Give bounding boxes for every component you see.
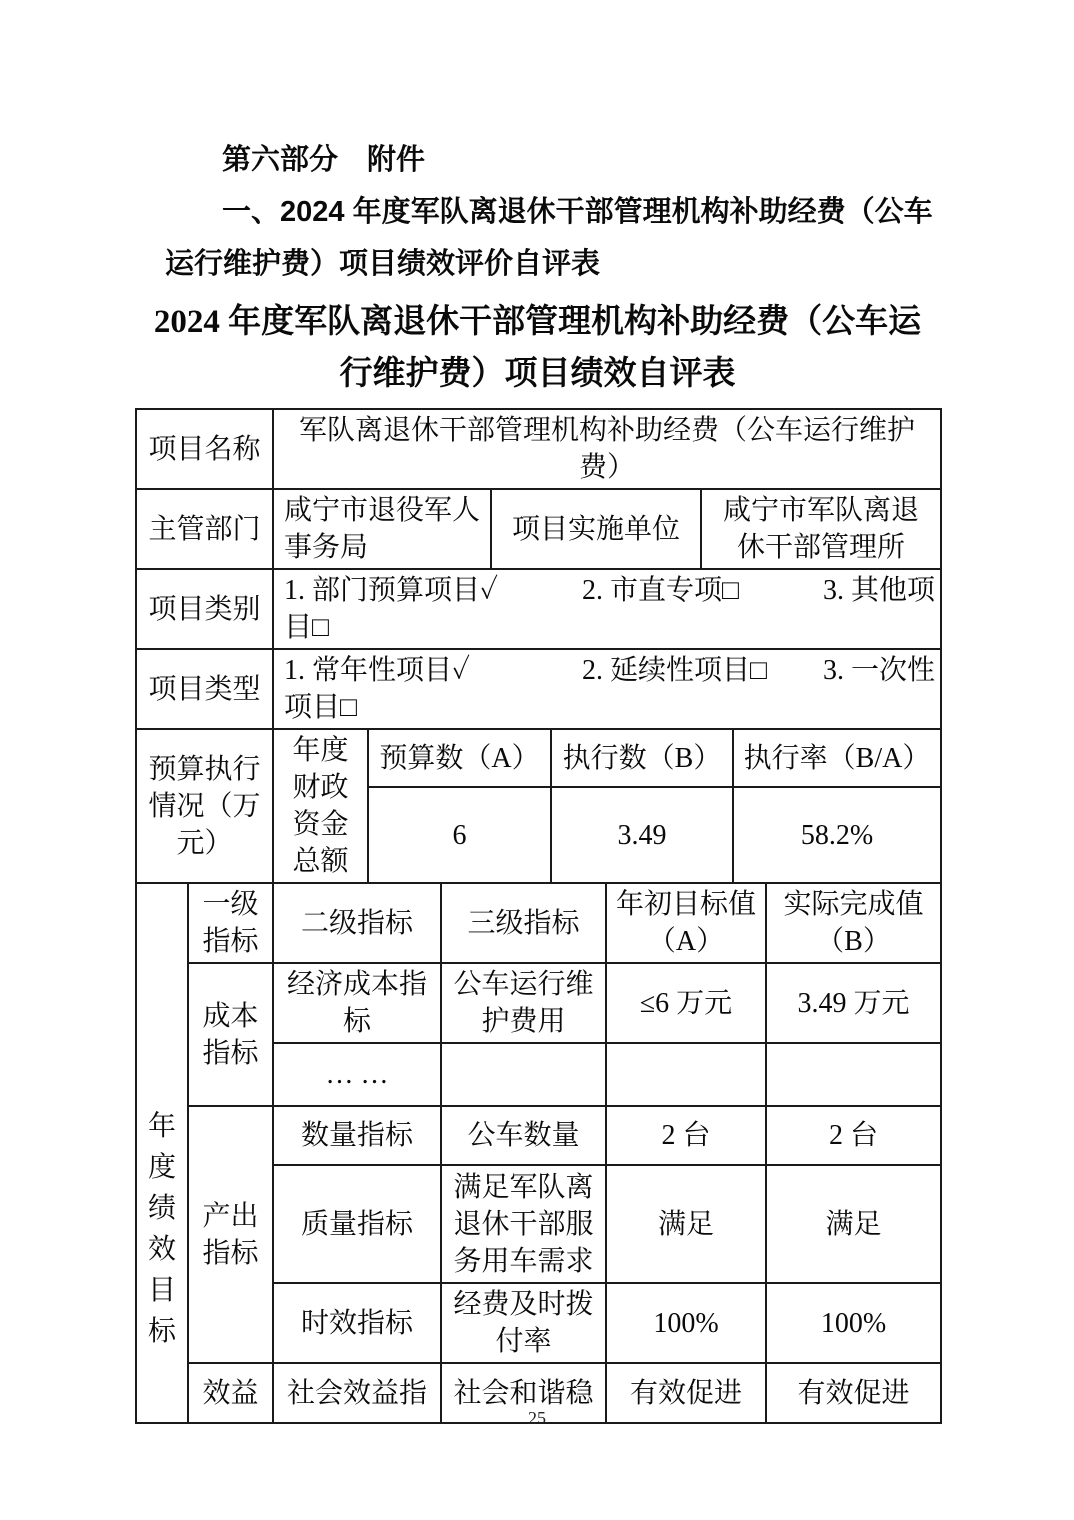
impl-unit-label: 项目实施单位 xyxy=(491,489,701,569)
dept-value: 咸宁市退役军人 事务局 xyxy=(273,489,491,569)
table-row: 项目名称 军队离退休干部管理机构补助经费（公车运行维护 费） xyxy=(136,409,941,489)
indicator-level3: 公车运行维 护费用 xyxy=(441,963,606,1043)
table-title-line2: 行维护费）项目绩效自评表 xyxy=(135,348,940,400)
table-row: 项目类型 1. 常年性项目✓ 2. 延续性项目□ 3. 一次性 项目□ xyxy=(136,649,941,729)
rate-value: 58.2% xyxy=(733,787,941,883)
budget-table: 预算执行 情况（万 元） 年度 财政 资金 总额 预算数（A） 执行数（B） 执… xyxy=(135,728,942,884)
section-heading: 第六部分 附件 xyxy=(165,140,1074,180)
exec-value: 3.49 xyxy=(551,787,733,883)
dept-label: 主管部门 xyxy=(136,489,273,569)
level1-output: 产出 指标 xyxy=(188,1106,273,1363)
indicator-level3: 经费及时拨 付率 xyxy=(441,1283,606,1363)
indicator-level3: 公车数量 xyxy=(441,1106,606,1165)
rate-col-header: 执行率（B/A） xyxy=(733,729,941,787)
header-target: 年初目标值 （A） xyxy=(606,883,766,963)
indicator-level3: 满足军队离 退休干部服 务用车需求 xyxy=(441,1165,606,1283)
category-value: 1. 部门预算项目✓ 2. 市直专项□ 3. 其他项 目□ xyxy=(273,569,941,649)
indicator-actual xyxy=(766,1043,941,1106)
indicator-actual: 满足 xyxy=(766,1165,941,1283)
indicator-target xyxy=(606,1043,766,1106)
indicator-actual: 3.49 万元 xyxy=(766,963,941,1043)
table-row: 预算执行 情况（万 元） 年度 财政 资金 总额 预算数（A） 执行数（B） 执… xyxy=(136,729,941,787)
project-name-value: 军队离退休干部管理机构补助经费（公车运行维护 费） xyxy=(273,409,941,489)
document-page: 第六部分 附件 一、2024 年度军队离退休干部管理机构补助经费（公车 运行维护… xyxy=(0,0,1074,1424)
item-heading-line2: 运行维护费）项目绩效评价自评表 xyxy=(165,244,1074,284)
page-number: 25 xyxy=(0,1408,1074,1429)
budget-value: 6 xyxy=(368,787,551,883)
header-level3: 三级指标 xyxy=(441,883,606,963)
table-title: 2024 年度军队离退休干部管理机构补助经费（公车运 行维护费）项目绩效自评表 xyxy=(135,296,940,400)
table-row: 项目类别 1. 部门预算项目✓ 2. 市直专项□ 3. 其他项 目□ xyxy=(136,569,941,649)
category-label: 项目类别 xyxy=(136,569,273,649)
budget-col-header: 预算数（A） xyxy=(368,729,551,787)
indicator-target: 100% xyxy=(606,1283,766,1363)
indicator-level2: 时效指标 xyxy=(273,1283,441,1363)
indicator-level2: 质量指标 xyxy=(273,1165,441,1283)
item-heading-line1: 一、2024 年度军队离退休干部管理机构补助经费（公车 xyxy=(165,192,1074,232)
performance-section-label: 年 度 绩 效 目 标 xyxy=(136,883,188,1423)
table-title-line1: 2024 年度军队离退休干部管理机构补助经费（公车运 xyxy=(135,296,940,348)
budget-row-label: 预算执行 情况（万 元） xyxy=(136,729,273,883)
exec-col-header: 执行数（B） xyxy=(551,729,733,787)
table-row: 产出 指标 数量指标 公车数量 2 台 2 台 xyxy=(136,1106,941,1165)
impl-unit-value: 咸宁市军队离退 休干部管理所 xyxy=(701,489,941,569)
header-level2: 二级指标 xyxy=(273,883,441,963)
indicator-level2: … … xyxy=(273,1043,441,1106)
indicator-target: 满足 xyxy=(606,1165,766,1283)
indicator-level2: 数量指标 xyxy=(273,1106,441,1165)
indicator-level2: 经济成本指 标 xyxy=(273,963,441,1043)
type-value: 1. 常年性项目✓ 2. 延续性项目□ 3. 一次性 项目□ xyxy=(273,649,941,729)
performance-table: 年 度 绩 效 目 标 一级 指标 二级指标 三级指标 年初目标值 （A） 实际… xyxy=(135,882,942,1424)
project-name-label: 项目名称 xyxy=(136,409,273,489)
header-level1: 一级 指标 xyxy=(188,883,273,963)
indicator-actual: 2 台 xyxy=(766,1106,941,1165)
table-row: 年 度 绩 效 目 标 一级 指标 二级指标 三级指标 年初目标值 （A） 实际… xyxy=(136,883,941,963)
type-label: 项目类型 xyxy=(136,649,273,729)
indicator-target: ≤6 万元 xyxy=(606,963,766,1043)
fund-total-label: 年度 财政 资金 总额 xyxy=(273,729,368,883)
project-info-table: 项目名称 军队离退休干部管理机构补助经费（公车运行维护 费） 主管部门 咸宁市退… xyxy=(135,408,942,730)
indicator-level3 xyxy=(441,1043,606,1106)
indicator-actual: 100% xyxy=(766,1283,941,1363)
indicator-target: 2 台 xyxy=(606,1106,766,1165)
table-row: 成本 指标 经济成本指 标 公车运行维 护费用 ≤6 万元 3.49 万元 xyxy=(136,963,941,1043)
header-actual: 实际完成值 （B） xyxy=(766,883,941,963)
level1-cost: 成本 指标 xyxy=(188,963,273,1106)
table-row: 主管部门 咸宁市退役军人 事务局 项目实施单位 咸宁市军队离退 休干部管理所 xyxy=(136,489,941,569)
